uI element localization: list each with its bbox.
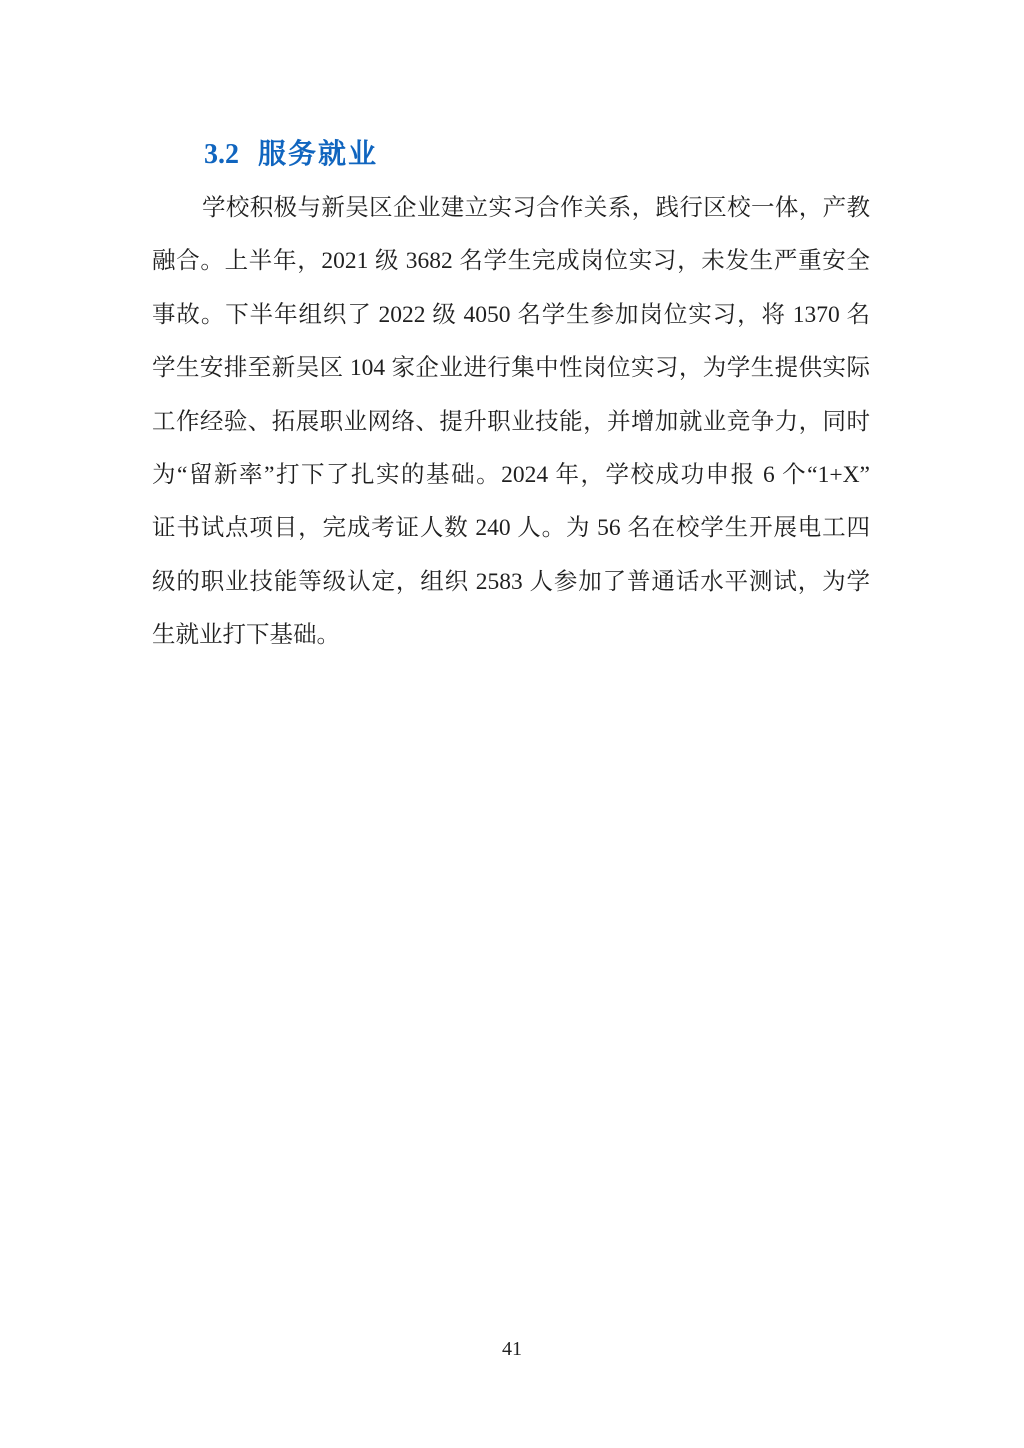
paragraph-line: 证书试点项目，完成考证人数 240 人。为 56 名在校学生开展电工四 bbox=[152, 502, 870, 555]
paragraph-line: 学校积极与新吴区企业建立实习合作关系，践行区校一体，产教 bbox=[152, 182, 870, 235]
body-paragraph: 学校积极与新吴区企业建立实习合作关系，践行区校一体，产教 融合。上半年，2021… bbox=[152, 182, 870, 663]
section-heading: 3.2 服务就业 bbox=[204, 136, 378, 173]
paragraph-line: 融合。上半年，2021 级 3682 名学生完成岗位实习，未发生严重安全 bbox=[152, 235, 870, 288]
paragraph-line: 学生安排至新吴区 104 家企业进行集中性岗位实习，为学生提供实际 bbox=[152, 342, 870, 395]
page-number: 41 bbox=[0, 1338, 1024, 1361]
paragraph-line: 事故。下半年组织了 2022 级 4050 名学生参加岗位实习，将 1370 名 bbox=[152, 289, 870, 342]
paragraph-line: 级的职业技能等级认定，组织 2583 人参加了普通话水平测试，为学 bbox=[152, 556, 870, 609]
section-heading-title: 服务就业 bbox=[258, 138, 378, 169]
document-page: 3.2 服务就业 学校积极与新吴区企业建立实习合作关系，践行区校一体，产教 融合… bbox=[0, 0, 1024, 1448]
section-heading-number: 3.2 bbox=[204, 139, 239, 170]
paragraph-line: 工作经验、拓展职业网络、提升职业技能，并增加就业竞争力，同时 bbox=[152, 396, 870, 449]
paragraph-line: 生就业打下基础。 bbox=[152, 609, 870, 662]
paragraph-line: 为“留新率”打下了扎实的基础。2024 年，学校成功申报 6 个“1+X” bbox=[152, 449, 870, 502]
